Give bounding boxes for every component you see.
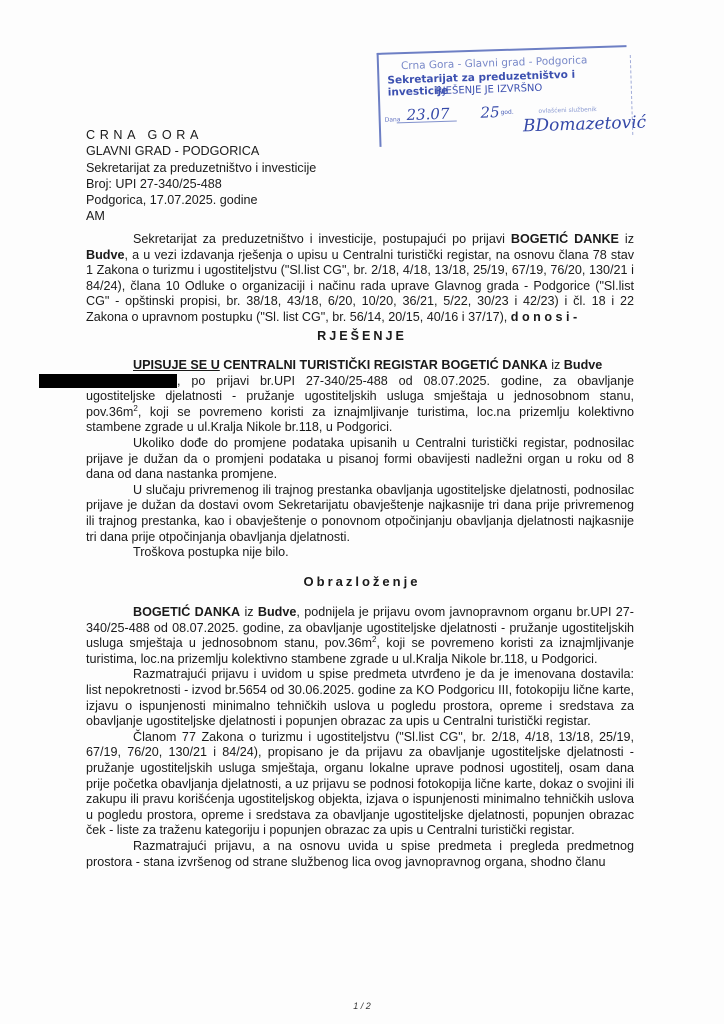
intro-text: Sekretarijat za preduzetništvo i investi… <box>133 232 511 246</box>
city-name: GLAVNI GRAD - PODGORICA <box>86 143 316 159</box>
stamp-year-handwritten: 25 <box>480 103 500 122</box>
decision-paragraph-3: U slučaju privremenog ili trajnog presta… <box>86 483 634 545</box>
place-date: Podgorica, 17.07.2025. godine <box>86 192 316 208</box>
letterhead: CRNA GORA GLAVNI GRAD - PODGORICA Sekret… <box>86 127 316 225</box>
stamp-signature: BDomazetović <box>523 113 647 137</box>
decision-upisuje: UPISUJE SE U <box>133 358 220 372</box>
applicant-town: Budve <box>86 248 125 262</box>
stamp-date-handwritten: 23.07 <box>406 105 449 124</box>
decision-text: , koji se povremeno koristi za iznajmlji… <box>86 405 634 435</box>
decision-text: iz <box>548 358 564 372</box>
stamp-line-status: RJEŠENJE JE IZVRŠNO <box>436 83 543 97</box>
department-name: Sekretarijat za preduzetništvo i investi… <box>86 160 316 176</box>
decision-paragraph-2: Ukoliko dođe do promjene podataka upisan… <box>86 436 634 483</box>
decision-paragraph-4: Troškova postupka nije bilo. <box>86 545 634 561</box>
reasoning-paragraph-2: Razmatrajući prijavu i uvidom u spise pr… <box>86 667 634 729</box>
decision-section: UPISUJE SE U CENTRALNI TURISTIČKI REGIST… <box>86 358 634 561</box>
country-name: CRNA GORA <box>86 127 316 143</box>
reasoning-town: Budve <box>258 605 297 619</box>
decision-title: RJEŠENJE <box>0 329 724 343</box>
decision-registar: CENTRALNI TURISTIČKI REGISTAR BOGETIĆ DA… <box>220 358 548 372</box>
applicant-name: BOGETIĆ DANKE <box>511 232 619 246</box>
donosi-word: donosi- <box>511 310 581 324</box>
case-number: Broj: UPI 27-340/25-488 <box>86 176 316 192</box>
intro-text: iz <box>619 232 634 246</box>
page-number: 1 / 2 <box>0 1001 724 1011</box>
stamp-year-suffix: god. <box>500 109 513 116</box>
enforceability-stamp: Crna Gora - Glavni grad - Podgorica Sekr… <box>377 45 630 147</box>
document-page: Crna Gora - Glavni grad - Podgorica Sekr… <box>0 0 724 1024</box>
reasoning-applicant: BOGETIĆ DANKA <box>133 605 240 619</box>
redacted-block <box>39 374 177 388</box>
reasoning-section: BOGETIĆ DANKA iz Budve, podnijela je pri… <box>86 605 634 870</box>
reasoning-paragraph-4: Razmatrajući prijavu, a na osnovu uvida … <box>86 839 634 870</box>
reasoning-paragraph-3: Članom 77 Zakona o turizmu i ugostiteljs… <box>86 730 634 839</box>
intro-paragraph: Sekretarijat za preduzetništvo i investi… <box>86 232 634 326</box>
reasoning-title: Obrazloženje <box>0 574 724 589</box>
initials: AM <box>86 208 316 224</box>
decision-town: Budve <box>564 358 603 372</box>
reasoning-text: iz <box>240 605 258 619</box>
